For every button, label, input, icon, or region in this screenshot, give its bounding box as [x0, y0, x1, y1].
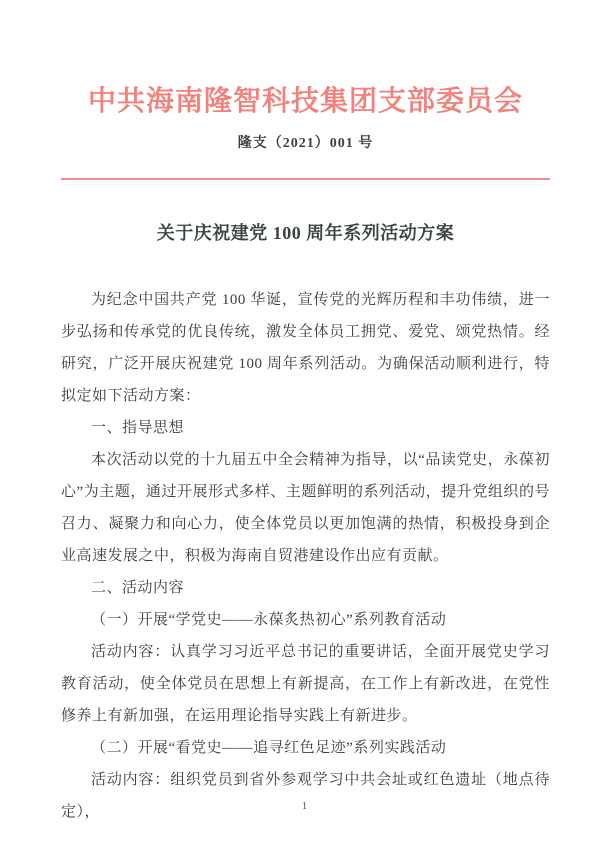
subsection-heading-1: （一）开展“学党史——永葆炙热初心”系列教育活动	[61, 604, 550, 636]
paragraph-guiding-thought: 本次活动以党的十九届五中全会精神为指导，以“品读党史，永葆初心”为主题，通过开展…	[61, 444, 550, 572]
doc-title: 关于庆祝建党 100 周年系列活动方案	[61, 220, 550, 246]
subsection-heading-2: （二）开展“看党史——追寻红色足迹”系列实践活动	[61, 732, 550, 764]
section-heading-1: 一、指导思想	[61, 412, 550, 444]
document-body: 为纪念中国共产党 100 华诞，宣传党的光辉历程和丰功伟绩，进一步弘扬和传承党的…	[61, 284, 550, 828]
page-number: 1	[0, 800, 609, 812]
document-page: 中共海南隆智科技集团支部委员会 隆支（2021）001 号 关于庆祝建党 100…	[0, 0, 609, 861]
paragraph-activity-1: 活动内容：认真学习习近平总书记的重要讲话，全面开展党史学习教育活动，使全体党员在…	[61, 636, 550, 732]
doc-number: 隆支（2021）001 号	[61, 134, 550, 154]
section-heading-2: 二、活动内容	[61, 572, 550, 604]
paragraph-intro: 为纪念中国共产党 100 华诞，宣传党的光辉历程和丰功伟绩，进一步弘扬和传承党的…	[61, 284, 550, 412]
org-title: 中共海南隆智科技集团支部委员会	[61, 86, 550, 118]
red-divider-rule	[61, 178, 550, 180]
paragraph-activity-2: 活动内容：组织党员到省外参观学习中共会址或红色遗址（地点待定），	[61, 764, 550, 828]
